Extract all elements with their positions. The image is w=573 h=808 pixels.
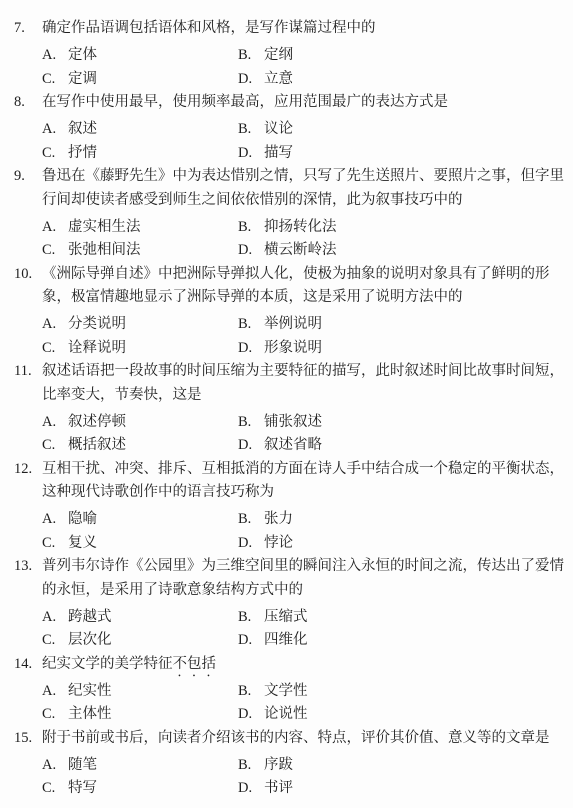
question-number: 13. bbox=[0, 555, 42, 653]
question-number: 9. bbox=[0, 165, 42, 263]
question-number: 15. bbox=[0, 727, 42, 801]
question-text: 普列韦尔诗作《公园里》为三维空间里的瞬间注入永恒的时间之流，传达出了爱情的永恒，… bbox=[42, 555, 565, 606]
option-text: 叙述停顿 bbox=[68, 414, 126, 430]
options-grid: A.隐喻 B.张力 C.复义 D.悖论 bbox=[42, 508, 565, 555]
option-label: C. bbox=[42, 777, 68, 801]
option-text: 形象说明 bbox=[264, 340, 322, 356]
option-label: A. bbox=[42, 411, 68, 435]
option-label: B. bbox=[238, 44, 264, 68]
option-a: A.叙述停顿 bbox=[42, 411, 238, 435]
option-text: 定纲 bbox=[264, 47, 293, 63]
option-b: B.压缩式 bbox=[238, 606, 565, 630]
option-text: 叙述省略 bbox=[264, 437, 322, 453]
option-c: C.主体性 bbox=[42, 703, 238, 727]
question-text: 纪实文学的美学特征不包括 bbox=[42, 653, 565, 680]
option-c: C.特写 bbox=[42, 777, 238, 801]
option-label: A. bbox=[42, 680, 68, 704]
option-text: 四维化 bbox=[264, 632, 308, 648]
options-grid: A.叙述 B.议论 C.抒情 D.描写 bbox=[42, 118, 565, 165]
option-b: B.举例说明 bbox=[238, 313, 565, 337]
option-label: A. bbox=[42, 754, 68, 778]
options-grid: A.叙述停顿 B.铺张叙述 C.概括叙述 D.叙述省略 bbox=[42, 411, 565, 458]
option-text: 序跋 bbox=[264, 757, 293, 773]
option-label: C. bbox=[42, 142, 68, 166]
option-c: C.抒情 bbox=[42, 142, 238, 166]
option-text: 压缩式 bbox=[264, 609, 308, 625]
option-label: A. bbox=[42, 118, 68, 142]
question-text: 鲁迅在《藤野先生》中为表达惜别之情，只写了先生送照片、要照片之事，但字里行间却使… bbox=[42, 165, 565, 216]
option-label: C. bbox=[42, 434, 68, 458]
option-text: 立意 bbox=[264, 71, 293, 87]
option-d: D.书评 bbox=[238, 777, 565, 801]
option-a: A.随笔 bbox=[42, 754, 238, 778]
option-label: B. bbox=[238, 411, 264, 435]
question-body: 普列韦尔诗作《公园里》为三维空间里的瞬间注入永恒的时间之流，传达出了爱情的永恒，… bbox=[42, 555, 573, 653]
option-label: C. bbox=[42, 629, 68, 653]
question-body: 附于书前或书后，向读者介绍该书的内容、特点，评价其价值、意义等的文章是 A.随笔… bbox=[42, 727, 573, 801]
question-14: 14. 纪实文学的美学特征不包括 A.纪实性 B.文学性 C.主体性 D.论说性 bbox=[0, 653, 573, 727]
question-number: 7. bbox=[0, 17, 42, 91]
option-label: D. bbox=[238, 239, 264, 263]
option-text: 定调 bbox=[68, 71, 97, 87]
question-body: 在写作中使用最早，使用频率最高，应用范围最广的表达方式是 A.叙述 B.议论 C… bbox=[42, 91, 573, 165]
options-grid: A.虚实相生法 B.抑扬转化法 C.张弛相间法 D.横云断岭法 bbox=[42, 216, 565, 263]
question-body: 互相干扰、冲突、排斥、互相抵消的方面在诗人手中结合成一个稳定的平衡状态，这种现代… bbox=[42, 458, 573, 556]
option-text: 隐喻 bbox=[68, 511, 97, 527]
option-d: D.悖论 bbox=[238, 532, 565, 556]
option-text: 诠释说明 bbox=[68, 340, 126, 356]
option-d: D.描写 bbox=[238, 142, 565, 166]
option-text: 叙述 bbox=[68, 121, 97, 137]
question-body: 《洲际导弹自述》中把洲际导弹拟人化，使极为抽象的说明对象具有了鲜明的形象，极富情… bbox=[42, 263, 573, 361]
question-text: 附于书前或书后，向读者介绍该书的内容、特点，评价其价值、意义等的文章是 bbox=[42, 727, 565, 754]
option-label: A. bbox=[42, 606, 68, 630]
option-a: A.隐喻 bbox=[42, 508, 238, 532]
question-number: 10. bbox=[0, 263, 42, 361]
option-label: D. bbox=[238, 142, 264, 166]
option-text: 悖论 bbox=[264, 535, 293, 551]
option-label: D. bbox=[238, 532, 264, 556]
option-text: 定体 bbox=[68, 47, 97, 63]
question-body: 叙述话语把一段故事的时间压缩为主要特征的描写，此时叙述时间比故事时间短，比率变大… bbox=[42, 360, 573, 458]
option-label: A. bbox=[42, 216, 68, 240]
question-text: 确定作品语调包括语体和风格，是写作谋篇过程中的 bbox=[42, 17, 565, 44]
question-text: 在写作中使用最早，使用频率最高，应用范围最广的表达方式是 bbox=[42, 91, 565, 118]
option-text: 论说性 bbox=[264, 706, 308, 722]
question-11: 11. 叙述话语把一段故事的时间压缩为主要特征的描写，此时叙述时间比故事时间短，… bbox=[0, 360, 573, 458]
question-15: 15. 附于书前或书后，向读者介绍该书的内容、特点，评价其价值、意义等的文章是 … bbox=[0, 727, 573, 801]
option-a: A.跨越式 bbox=[42, 606, 238, 630]
option-label: D. bbox=[238, 337, 264, 361]
question-text: 《洲际导弹自述》中把洲际导弹拟人化，使极为抽象的说明对象具有了鲜明的形象，极富情… bbox=[42, 263, 565, 314]
option-text: 举例说明 bbox=[264, 316, 322, 332]
option-text: 铺张叙述 bbox=[264, 414, 322, 430]
option-label: D. bbox=[238, 777, 264, 801]
option-text: 分类说明 bbox=[68, 316, 126, 332]
option-text: 特写 bbox=[68, 780, 97, 796]
options-grid: A.定体 B.定纲 C.定调 D.立意 bbox=[42, 44, 565, 91]
question-12: 12. 互相干扰、冲突、排斥、互相抵消的方面在诗人手中结合成一个稳定的平衡状态，… bbox=[0, 458, 573, 556]
options-grid: A.分类说明 B.举例说明 C.诠释说明 D.形象说明 bbox=[42, 313, 565, 360]
option-a: A.分类说明 bbox=[42, 313, 238, 337]
option-c: C.层次化 bbox=[42, 629, 238, 653]
option-label: B. bbox=[238, 313, 264, 337]
option-b: B.铺张叙述 bbox=[238, 411, 565, 435]
option-b: B.抑扬转化法 bbox=[238, 216, 565, 240]
option-text: 张力 bbox=[264, 511, 293, 527]
options-grid: A.跨越式 B.压缩式 C.层次化 D.四维化 bbox=[42, 606, 565, 653]
options-grid: A.纪实性 B.文学性 C.主体性 D.论说性 bbox=[42, 680, 565, 727]
option-label: C. bbox=[42, 703, 68, 727]
question-10: 10. 《洲际导弹自述》中把洲际导弹拟人化，使极为抽象的说明对象具有了鲜明的形象… bbox=[0, 263, 573, 361]
question-text: 互相干扰、冲突、排斥、互相抵消的方面在诗人手中结合成一个稳定的平衡状态，这种现代… bbox=[42, 458, 565, 509]
options-grid: A.随笔 B.序跋 C.特写 D.书评 bbox=[42, 754, 565, 801]
option-c: C.定调 bbox=[42, 68, 238, 92]
option-c: C.张弛相间法 bbox=[42, 239, 238, 263]
option-label: D. bbox=[238, 434, 264, 458]
option-text: 抑扬转化法 bbox=[264, 219, 337, 235]
option-c: C.概括叙述 bbox=[42, 434, 238, 458]
question-body: 确定作品语调包括语体和风格，是写作谋篇过程中的 A.定体 B.定纲 C.定调 D… bbox=[42, 17, 573, 91]
option-label: B. bbox=[238, 118, 264, 142]
option-label: D. bbox=[238, 629, 264, 653]
option-text: 层次化 bbox=[68, 632, 112, 648]
question-8: 8. 在写作中使用最早，使用频率最高，应用范围最广的表达方式是 A.叙述 B.议… bbox=[0, 91, 573, 165]
option-a: A.纪实性 bbox=[42, 680, 238, 704]
option-text: 文学性 bbox=[264, 683, 308, 699]
option-label: C. bbox=[42, 239, 68, 263]
option-a: A.定体 bbox=[42, 44, 238, 68]
option-text: 虚实相生法 bbox=[68, 219, 141, 235]
option-d: D.形象说明 bbox=[238, 337, 565, 361]
question-number: 14. bbox=[0, 653, 42, 727]
option-c: C.复义 bbox=[42, 532, 238, 556]
option-label: B. bbox=[238, 680, 264, 704]
option-d: D.横云断岭法 bbox=[238, 239, 565, 263]
question-number: 8. bbox=[0, 91, 42, 165]
option-a: A.叙述 bbox=[42, 118, 238, 142]
option-label: C. bbox=[42, 68, 68, 92]
option-text: 纪实性 bbox=[68, 683, 112, 699]
exam-page: 7. 确定作品语调包括语体和风格，是写作谋篇过程中的 A.定体 B.定纲 C.定… bbox=[0, 0, 573, 808]
question-7: 7. 确定作品语调包括语体和风格，是写作谋篇过程中的 A.定体 B.定纲 C.定… bbox=[0, 17, 573, 91]
option-b: B.定纲 bbox=[238, 44, 565, 68]
option-text: 复义 bbox=[68, 535, 97, 551]
option-label: B. bbox=[238, 508, 264, 532]
option-text: 随笔 bbox=[68, 757, 97, 773]
question-text: 叙述话语把一段故事的时间压缩为主要特征的描写，此时叙述时间比故事时间短，比率变大… bbox=[42, 360, 565, 411]
option-label: B. bbox=[238, 606, 264, 630]
option-text: 议论 bbox=[264, 121, 293, 137]
option-label: B. bbox=[238, 754, 264, 778]
option-d: D.叙述省略 bbox=[238, 434, 565, 458]
option-label: D. bbox=[238, 703, 264, 727]
option-label: C. bbox=[42, 532, 68, 556]
option-label: A. bbox=[42, 44, 68, 68]
option-a: A.虚实相生法 bbox=[42, 216, 238, 240]
question-13: 13. 普列韦尔诗作《公园里》为三维空间里的瞬间注入永恒的时间之流，传达出了爱情… bbox=[0, 555, 573, 653]
option-text: 描写 bbox=[264, 145, 293, 161]
option-d: D.论说性 bbox=[238, 703, 565, 727]
option-b: B.议论 bbox=[238, 118, 565, 142]
question-body: 鲁迅在《藤野先生》中为表达惜别之情，只写了先生送照片、要照片之事，但字里行间却使… bbox=[42, 165, 573, 263]
option-b: B.张力 bbox=[238, 508, 565, 532]
option-text: 主体性 bbox=[68, 706, 112, 722]
option-d: D.四维化 bbox=[238, 629, 565, 653]
option-label: A. bbox=[42, 313, 68, 337]
question-emphasis: 不包括 bbox=[173, 656, 217, 672]
option-label: B. bbox=[238, 216, 264, 240]
question-body: 纪实文学的美学特征不包括 A.纪实性 B.文学性 C.主体性 D.论说性 bbox=[42, 653, 573, 727]
question-9: 9. 鲁迅在《藤野先生》中为表达惜别之情，只写了先生送照片、要照片之事，但字里行… bbox=[0, 165, 573, 263]
option-text: 抒情 bbox=[68, 145, 97, 161]
option-b: B.序跋 bbox=[238, 754, 565, 778]
option-text: 横云断岭法 bbox=[264, 242, 337, 258]
question-number: 12. bbox=[0, 458, 42, 556]
option-label: C. bbox=[42, 337, 68, 361]
option-text: 跨越式 bbox=[68, 609, 112, 625]
option-text: 书评 bbox=[264, 780, 293, 796]
question-number: 11. bbox=[0, 360, 42, 458]
option-b: B.文学性 bbox=[238, 680, 565, 704]
option-text: 张弛相间法 bbox=[68, 242, 141, 258]
option-text: 概括叙述 bbox=[68, 437, 126, 453]
option-d: D.立意 bbox=[238, 68, 565, 92]
option-label: D. bbox=[238, 68, 264, 92]
option-label: A. bbox=[42, 508, 68, 532]
option-c: C.诠释说明 bbox=[42, 337, 238, 361]
